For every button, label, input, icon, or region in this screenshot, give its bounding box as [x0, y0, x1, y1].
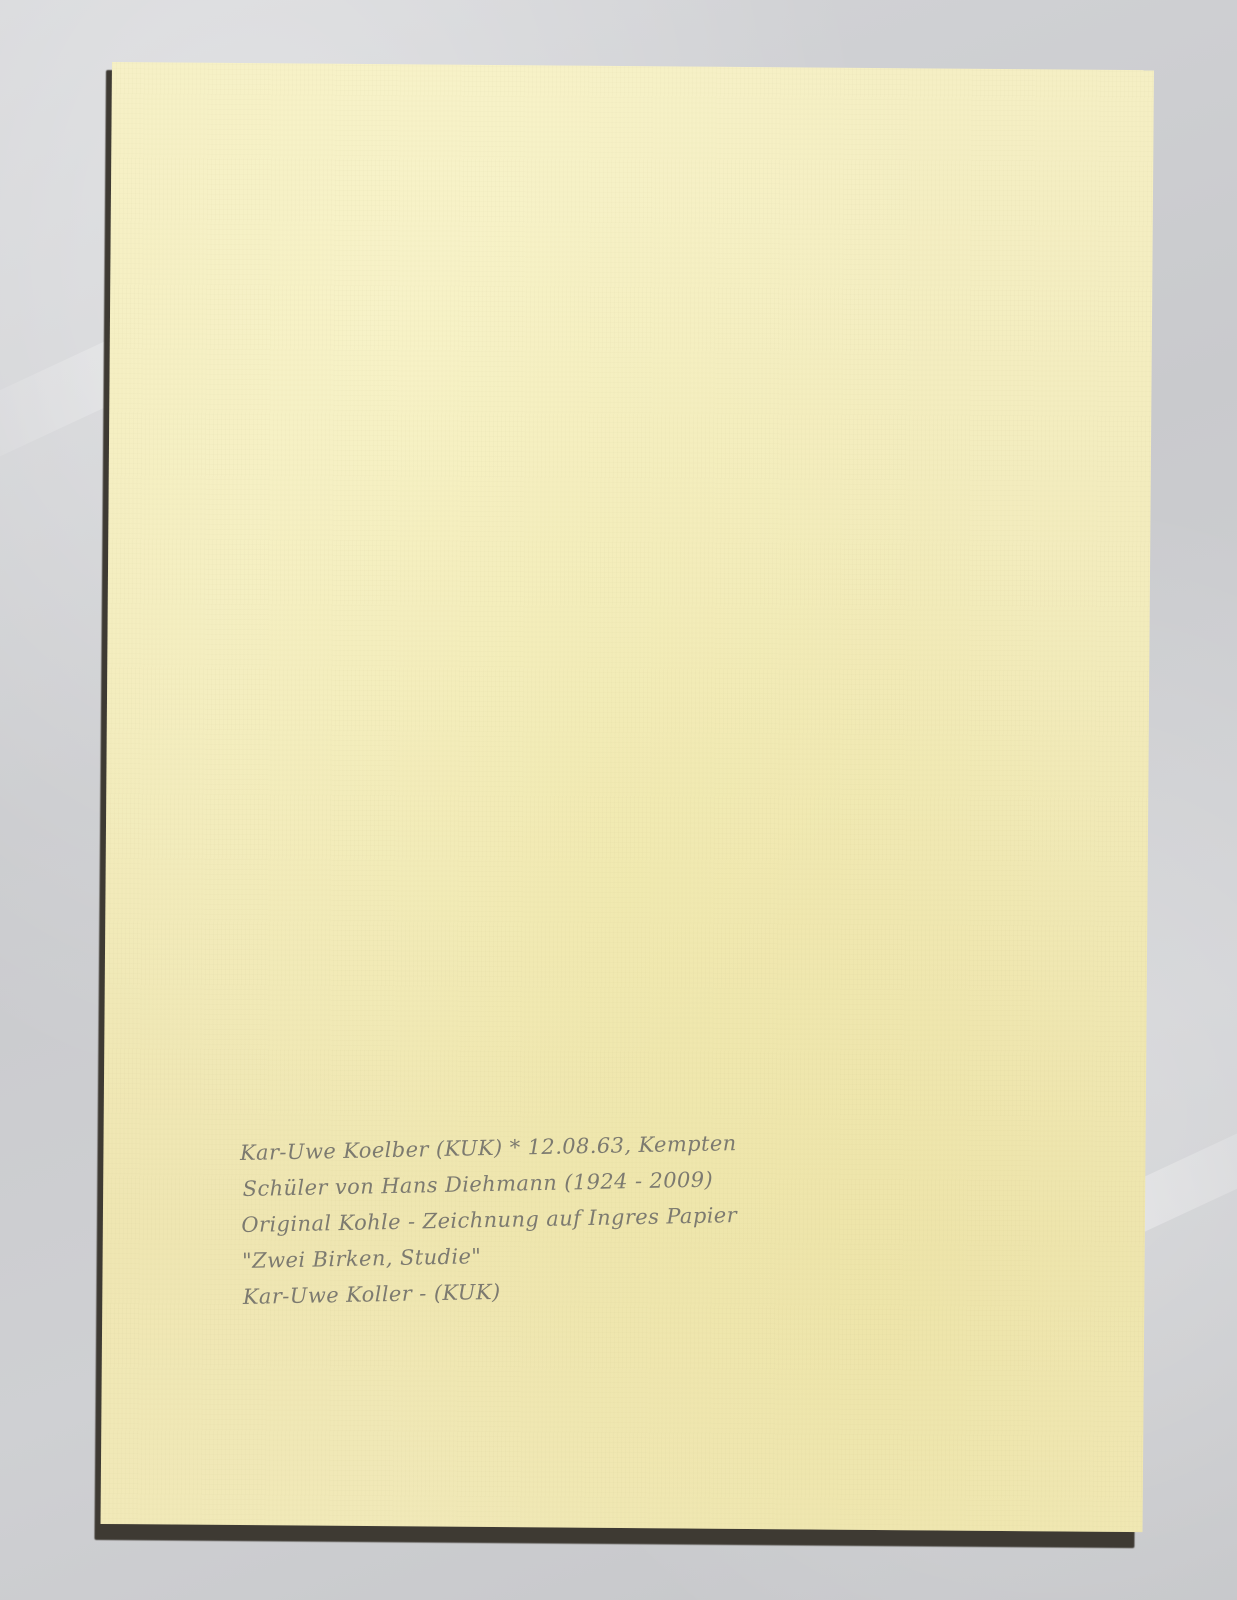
photo-backdrop: { "document": { "type": "handwritten pen…	[0, 0, 1237, 1600]
paper-sheet: Kar-Uwe Koelber (KUK) * 12.08.63, Kempte…	[101, 62, 1154, 1532]
pencil-inscription: Kar-Uwe Koelber (KUK) * 12.08.63, Kempte…	[240, 1125, 740, 1315]
